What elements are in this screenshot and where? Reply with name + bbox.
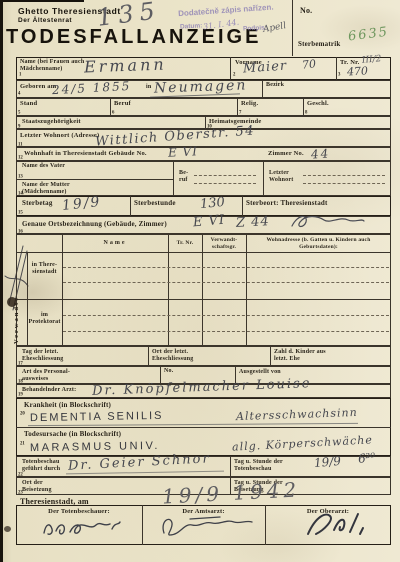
- relatives-table-box: [16, 234, 391, 346]
- field-number: 7: [239, 110, 241, 115]
- divider: [246, 234, 247, 346]
- sterbetag-value: 19/9: [61, 195, 102, 213]
- relatives-trnr-header: Tr. Nr.: [168, 240, 202, 247]
- dotted-rule: [63, 331, 389, 332]
- divider: [148, 346, 149, 366]
- field-number: 3: [338, 72, 340, 77]
- field-number: 13: [18, 174, 23, 179]
- sterbestunde-value: 130: [199, 196, 225, 211]
- stamp-datum-label: Datum:: [180, 22, 203, 30]
- stand-label: Stand: [20, 100, 37, 108]
- divider: [110, 98, 111, 116]
- krankheit-label: Krankheit (in Blockschrift): [24, 401, 111, 409]
- totenbeschau-zeit-day: 19/9: [314, 455, 342, 469]
- dotted-rule: [63, 267, 389, 268]
- field-number: 20: [20, 411, 25, 416]
- official-stamp-text: Dodatečně zápis nařízen.: [178, 1, 298, 18]
- divider: [336, 57, 337, 80]
- totenbeschau-zeit-hour: 6²⁰: [357, 451, 375, 465]
- zimmer-label: Zimmer No.: [268, 150, 304, 158]
- field-number: 12: [18, 155, 23, 160]
- kinder-label: Zahl d. Kinder aus letzt. Ehe: [274, 349, 332, 363]
- dotted-rule: [303, 175, 385, 176]
- parents-wohnort-label: Letzter Wohnort: [269, 170, 301, 184]
- divider: [168, 234, 169, 346]
- status-row-box: [16, 98, 391, 116]
- divider: [292, 0, 293, 56]
- ausweis-label: Art des Personal- ausweises: [22, 369, 86, 383]
- geschl-label: Geschl.: [307, 100, 329, 108]
- divider: [270, 346, 271, 366]
- ehe-tag-label: Tag der letzt. Eheschliessung: [22, 349, 80, 363]
- parents-beruf-label: Be- ruf: [179, 170, 193, 184]
- gebaeude-value: E VI: [168, 145, 199, 159]
- divider: [62, 234, 63, 346]
- relatives-name-header: Name: [62, 240, 168, 247]
- org-subname: Der Ältestenrat: [18, 17, 72, 24]
- relatives-address-header: Wohnadresse (b. Gatten u. Kindern auch G…: [248, 237, 389, 250]
- relig-label: Relig.: [241, 100, 258, 108]
- beisetzung-ort-label: Ort der Beisetzung: [22, 480, 62, 494]
- divider: [262, 80, 263, 98]
- divider: [237, 98, 238, 116]
- sterbestunde-label: Sterbestunde: [134, 199, 176, 207]
- death-notice-form: Ghetto Theresienstadt Der Ältestenrat TO…: [0, 0, 400, 562]
- field-number: 4: [18, 91, 20, 96]
- sterbematrik-value: 6635: [347, 26, 389, 44]
- ausgestellt-label: Ausgestellt von: [239, 369, 283, 376]
- ehe-ort-label: Ort der letzt. Eheschliessung: [152, 349, 210, 363]
- wohnhaft-label: Wohnhaft in Theresienstadt Gebäude No.: [24, 150, 147, 158]
- field-number: 1: [19, 72, 21, 77]
- mutter-label: Name der Mutter (Mädchenname): [22, 182, 92, 196]
- krankheit-block-value: DEMENTIA SENILIS: [30, 411, 164, 424]
- field-number: 6: [112, 110, 114, 115]
- divider: [202, 234, 203, 346]
- bezirk-label: Bezirk: [266, 82, 284, 89]
- dotted-rule: [63, 282, 389, 283]
- trnr-value: 470: [347, 65, 369, 77]
- divider: [263, 161, 264, 196]
- wohnort-label: Letzter Wohnort (Adresse): [20, 132, 99, 140]
- divider: [16, 427, 391, 428]
- arzt-label: Behandelnder Arzt:: [22, 387, 76, 394]
- divider: [173, 161, 174, 196]
- handwriting-flourish: [288, 212, 366, 232]
- relatives-verw-header: Verwandt- schaftsgr.: [203, 237, 245, 250]
- scan-edge-top: [0, 0, 84, 2]
- todesursache-label: Todesursache (in Blockschrift): [24, 430, 121, 438]
- divider: [16, 299, 391, 300]
- vorname-note: 70: [301, 58, 316, 70]
- no-label: No.: [300, 6, 312, 16]
- divider: [230, 57, 231, 80]
- divider: [16, 179, 173, 180]
- divider: [303, 98, 304, 116]
- totenbeschau-zeit-label: Tag u. Stunde der Totenbeschau: [234, 459, 300, 473]
- form-title: TODESFALLANZEIGE: [6, 26, 261, 49]
- field-number: 23: [18, 490, 23, 495]
- todesursache-block-value: MARASMUS UNIV.: [30, 441, 160, 454]
- footer-date-value: 19/9 1942: [162, 479, 301, 506]
- amtsarzt-signature: [158, 511, 256, 539]
- divider: [130, 196, 131, 216]
- dotted-rule: [63, 315, 389, 316]
- vorname-value: Maier: [243, 59, 288, 75]
- field-number: 5: [18, 110, 20, 115]
- field-number: 15: [18, 210, 23, 215]
- zimmer-value: 44: [311, 147, 331, 160]
- dotted-rule: [303, 183, 385, 184]
- divider: [16, 252, 391, 253]
- location-building-value: E VI: [192, 214, 225, 230]
- divider: [242, 196, 243, 216]
- dotted-rule: [194, 183, 256, 184]
- field-number: 21: [20, 441, 25, 446]
- staat-label: Staatszugehörigkeit: [22, 118, 81, 126]
- verwandte-side-label: Verwandte: [13, 254, 20, 344]
- field-number: 19: [18, 392, 23, 397]
- stamp-podpis-signature: Apell: [262, 22, 287, 35]
- ortsbezeichnung-label: Genaue Ortsbezeichnung (Gebäude, Zimmer): [22, 220, 167, 228]
- relatives-row-label: im Protektorat: [27, 312, 62, 326]
- vater-label: Name des Vater: [22, 163, 67, 170]
- in-label: in: [146, 84, 151, 91]
- sterbeort-label: Sterbeort: Theresienstadt: [246, 199, 328, 207]
- name-value: Ermann: [84, 57, 167, 76]
- field-number: 8: [305, 110, 307, 115]
- ink-blot: [4, 526, 11, 532]
- relatives-row-label: in There- sienstadt: [27, 262, 62, 276]
- sterbematrik-label: Sterbematrik: [298, 40, 340, 48]
- oberarzt-signature: [300, 508, 372, 540]
- field-number: 2: [233, 72, 235, 77]
- divider: [230, 456, 231, 477]
- dotted-rule: [194, 175, 256, 176]
- location-room-value: Z 44: [236, 215, 270, 230]
- totenbeschau-label: Totenbeschau geführt durch: [22, 459, 68, 473]
- ausweis-no-label: No.: [164, 368, 173, 375]
- beruf-label: Beruf: [114, 100, 131, 108]
- totenbeschauer-signature: [42, 515, 122, 541]
- sterbetag-label: Sterbetag: [22, 199, 53, 207]
